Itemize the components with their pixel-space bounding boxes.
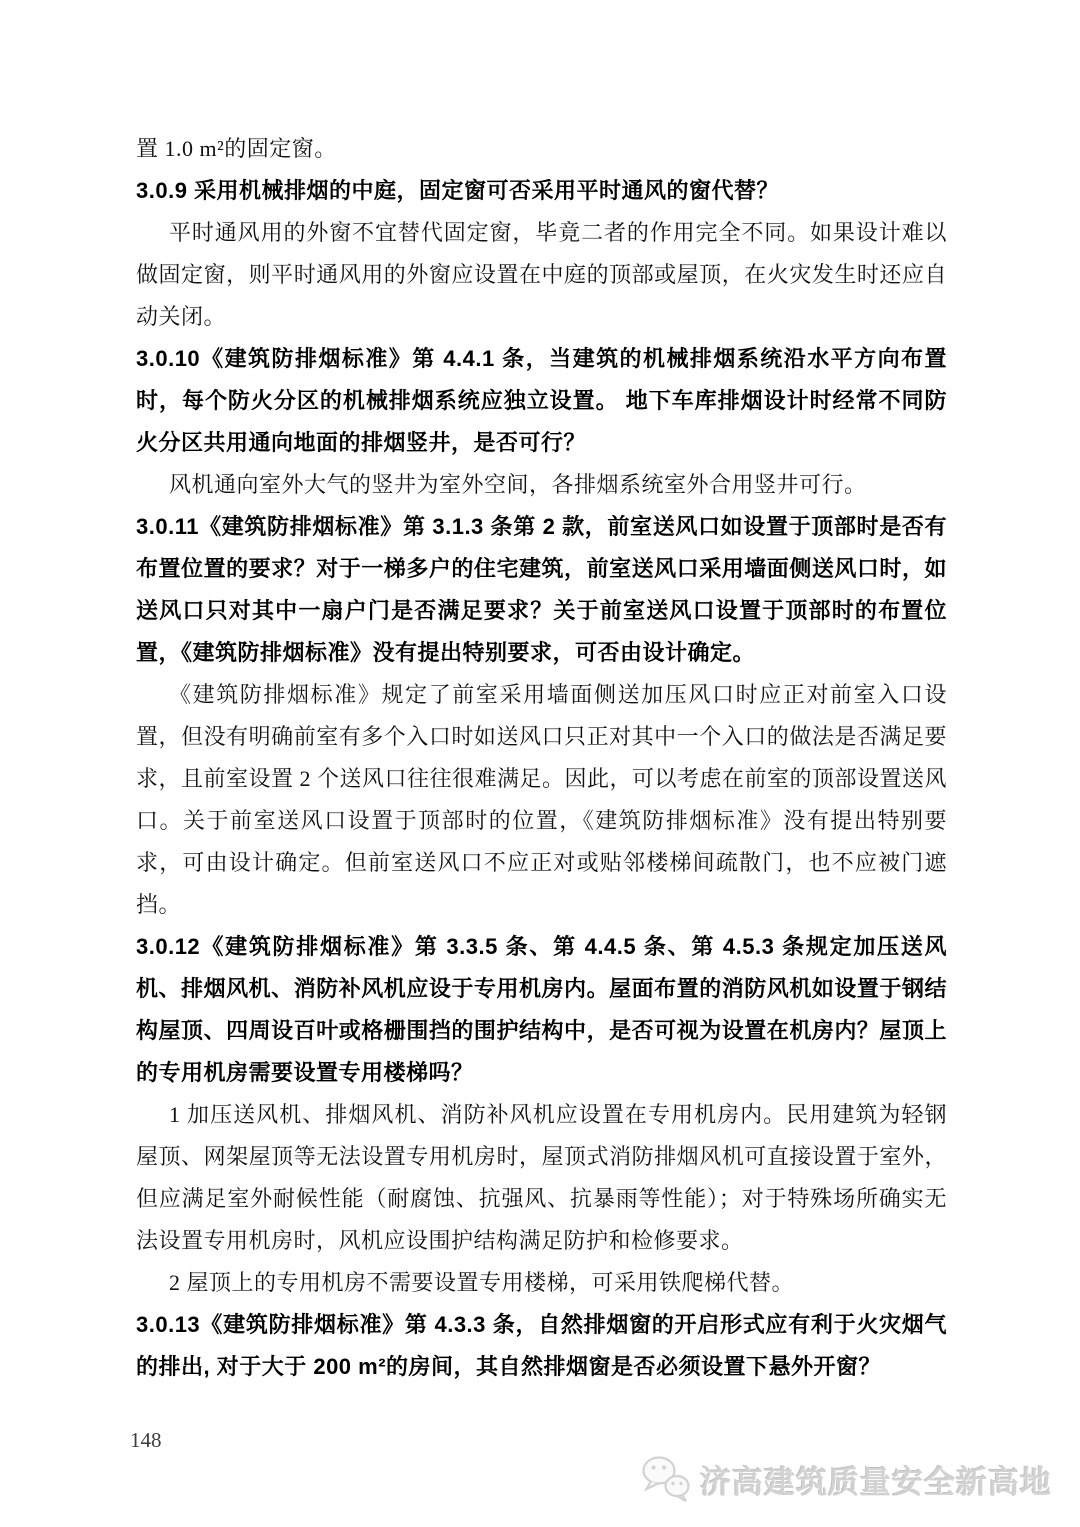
answer-3-0-9: 平时通风用的外窗不宜替代固定窗，毕竟二者的作用完全不同。如果设计难以做固定窗，则… bbox=[136, 212, 947, 338]
document-body: 置 1.0 m²的固定窗。 3.0.9 采用机械排烟的中庭，固定窗可否采用平时通… bbox=[136, 128, 947, 1388]
answer-3-0-11: 《建筑防排烟标准》规定了前室采用墙面侧送加压风口时应正对前室入口设置，但没有明确… bbox=[136, 674, 947, 926]
question-3-0-9: 3.0.9 采用机械排烟的中庭，固定窗可否采用平时通风的窗代替？ bbox=[136, 170, 947, 212]
answer-3-0-10: 风机通向室外大气的竖井为室外空间，各排烟系统室外合用竖井可行。 bbox=[136, 464, 947, 506]
question-3-0-10: 3.0.10《建筑防排烟标准》第 4.4.1 条，当建筑的机械排烟系统沿水平方向… bbox=[136, 338, 947, 464]
watermark: 济高建筑质量安全新高地 bbox=[641, 1455, 1052, 1503]
question-3-0-13: 3.0.13《建筑防排烟标准》第 4.3.3 条，自然排烟窗的开启形式应有利于火… bbox=[136, 1304, 947, 1388]
question-3-0-11: 3.0.11《建筑防排烟标准》第 3.1.3 条第 2 款，前室送风口如设置于顶… bbox=[136, 506, 947, 674]
continued-paragraph: 置 1.0 m²的固定窗。 bbox=[136, 128, 947, 170]
answer-3-0-12-item-1: 1 加压送风机、排烟风机、消防补风机应设置在专用机房内。民用建筑为轻钢屋顶、网架… bbox=[136, 1094, 947, 1262]
question-3-0-12: 3.0.12《建筑防排烟标准》第 3.3.5 条、第 4.4.5 条、第 4.5… bbox=[136, 926, 947, 1094]
watermark-text: 济高建筑质量安全新高地 bbox=[700, 1457, 1052, 1502]
wechat-icon bbox=[641, 1455, 691, 1503]
answer-3-0-12-item-2: 2 屋顶上的专用机房不需要设置专用楼梯，可采用铁爬梯代替。 bbox=[136, 1262, 947, 1304]
page-number: 148 bbox=[130, 1428, 162, 1453]
document-page: 置 1.0 m²的固定窗。 3.0.9 采用机械排烟的中庭，固定窗可否采用平时通… bbox=[0, 0, 1080, 1527]
